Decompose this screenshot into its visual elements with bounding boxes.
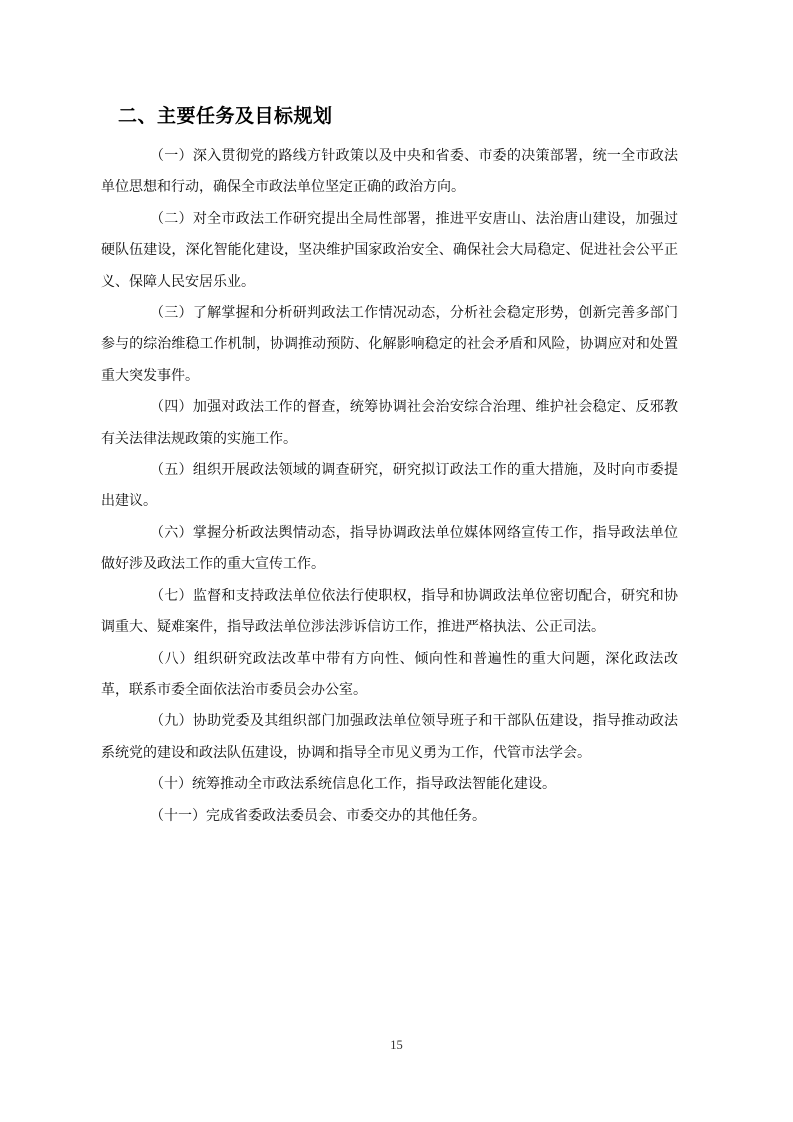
task-paragraph-11: （十一）完成省委政法委员会、市委交办的其他任务。 <box>101 801 678 832</box>
task-paragraph-1: （一）深入贯彻党的路线方针政策以及中央和省委、市委的决策部署，统一全市政法单位思… <box>101 141 678 204</box>
page-footer: 15 <box>0 1036 793 1054</box>
page-number: 15 <box>390 1038 403 1052</box>
task-paragraph-9: （九）协助党委及其组织部门加强政法单位领导班子和干部队伍建设，指导推动政法系统党… <box>101 706 678 769</box>
section-heading: 二、主要任务及目标规划 <box>101 103 678 131</box>
task-paragraph-3: （三）了解掌握和分析研判政法工作情况动态，分析社会稳定形势，创新完善多部门参与的… <box>101 298 678 392</box>
task-paragraph-5: （五）组织开展政法领域的调查研究，研究拟订政法工作的重大措施，及时向市委提出建议… <box>101 455 678 518</box>
task-paragraph-2: （二）对全市政法工作研究提出全局性部署，推进平安唐山、法治唐山建设，加强过硬队伍… <box>101 204 678 298</box>
document-page: 二、主要任务及目标规划 （一）深入贯彻党的路线方针政策以及中央和省委、市委的决策… <box>0 0 793 1122</box>
task-paragraph-10: （十）统筹推动全市政法系统信息化工作，指导政法智能化建设。 <box>101 769 678 800</box>
task-paragraph-6: （六）掌握分析政法舆情动态，指导协调政法单位媒体网络宣传工作，指导政法单位做好涉… <box>101 518 678 581</box>
task-paragraph-8: （八）组织研究政法改革中带有方向性、倾向性和普遍性的重大问题，深化政法改革，联系… <box>101 644 678 707</box>
task-paragraph-7: （七）监督和支持政法单位依法行使职权，指导和协调政法单位密切配合，研究和协调重大… <box>101 581 678 644</box>
document-body: 二、主要任务及目标规划 （一）深入贯彻党的路线方针政策以及中央和省委、市委的决策… <box>101 103 678 832</box>
task-paragraph-4: （四）加强对政法工作的督查，统筹协调社会治安综合治理、维护社会稳定、反邪教有关法… <box>101 392 678 455</box>
